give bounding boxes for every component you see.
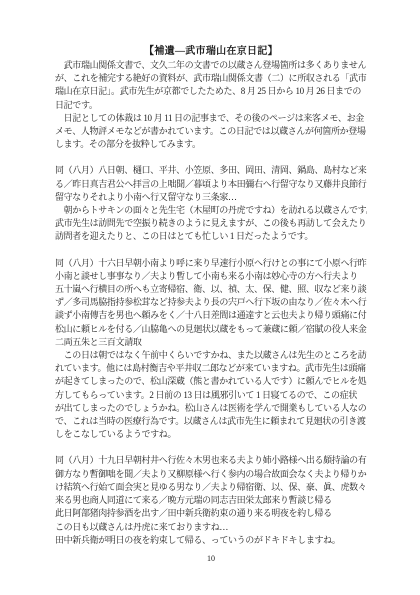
text-line: 日記としての体裁は 10 月 11 日の記事まで、その後のページは来客メモ、お金 [55,112,367,125]
text-line: 留守なりそれより小南へ行又留守なり三条家… [55,191,367,204]
page-title: 【補遺―武市瑞山在京日記】 [55,45,367,58]
text-line: 朝からトサキンの面々と先生宅（木屋町の丹虎ですね）を訪れる以蔵さんです。 [55,204,367,217]
text-line: 同（八月）十九日早朝村井へ行佐々木男也来る夫より姉小路様へ出る頗持論の有 [55,454,367,467]
text-line: ず／多司馬脇指持参松茸など持参夫より長の宍戸へ行下坂の由なり／佐々木へ行 [55,296,367,309]
text-line: しをこなしているようですね。 [55,428,367,441]
commentary-august-16: この日は朝ではなく午前中くらいですかね、また以蔵さんは先生のところを訪れています… [55,349,367,441]
text-line: 武市先生は訪問先で空振り続きのように見えますが、この後も再訪して会えたり [55,217,367,230]
text-line: 日記です。 [55,99,367,112]
text-line: れています。他には島村衡吉や平井収二郎などが来ていますね。武市先生は頭痛 [55,362,367,375]
text-line: 方してもらっています。2 日前の 13 日は風邪引いて 1 日寝てるので、この症… [55,389,367,402]
intro-paragraph-1: 武市瑞山関係文書で、文久二年の文書での以蔵さん登場箇所は多くありませんが、これを… [55,59,367,112]
commentary-august-8: 朝からトサキンの面々と先生宅（木屋町の丹虎ですね）を訪れる以蔵さんです。武市先生… [55,204,367,244]
text-line: メモ、人物評メモなどが書かれています。この日記では以蔵さんが何箇所か登場 [55,125,367,138]
text-line: します。その部分を抜粋してみます。 [55,138,367,151]
text-line: 松山に頼ヒルを付る／山脇亀への見廻状以蔵をもって兼蔵に頼／宿賦の役人来金 [55,323,367,336]
text-line: 武市瑞山関係文書で、文久二年の文書での以蔵さん登場箇所は多くありません [55,59,367,72]
diary-quote-august-19: 同（八月）十九日早朝村井へ行佐々木男也来る夫より姉小路様へ出る頗持論の有御方なり… [55,454,367,546]
text-line: 二両五朱と三百文請取 [55,336,367,349]
text-line: 訪問者を迎えたりと、この日はとても忙しい 1 日だったようです。 [55,230,367,243]
text-line: け結筑へ行始て面会実と見ゆる男なり／夫より帰宿衛、以、保、豪、眞、虎数々 [55,481,367,494]
text-line: この日は朝ではなく午前中くらいですかね、また以蔵さんは先生のところを訪 [55,349,367,362]
text-line: 田中新兵衛が明日の夜を約束して帰る、っていうのがドキドキしますね。 [55,534,367,547]
page-number: 10 [55,554,367,564]
text-line: が、これを補完する絶好の資料が、武市瑞山関係文書（二）に所収される「武市 [55,72,367,85]
text-line: 談ず小南傳吉を男也へ頼みをく／十八日差間は通達すと云也夫より帰り頭痛に付 [55,309,367,322]
text-line: 御方なり暫御咄を聞／夫より又柳原様へ行く参内の場合故面会なく夫より帰りか [55,468,367,481]
text-line: が出てしまったのでしょうかね。松山さんは医術を学んで開業もしている人なの [55,402,367,415]
text-line: 五十嵐へ行横目の所へも立寄帰宿、衛、以、禎、太、保、健、照、収など来り談 [55,283,367,296]
text-line: 同（八月）十六日早朝小南より呼に来り早速行小原へ行けとの事にて小原へ行昨 [55,257,367,270]
diary-quote-august-16: 同（八月）十六日早朝小南より呼に来り早速行小原へ行けとの事にて小原へ行昨小南と談… [55,257,367,349]
intro-paragraph-2: 日記としての体裁は 10 月 11 日の記事まで、その後のページは来客メモ、お金… [55,112,367,152]
document-page: 【補遺―武市瑞山在京日記】 武市瑞山関係文書で、文久二年の文書での以蔵さん登場箇… [0,0,420,595]
text-line: が起きてしまったので、松山深蔵（熊と書かれている人です）に頼んでヒルを処 [55,375,367,388]
text-line: 同（八月）八日朝、樋口、平井、小笠原、多田、岡田、清岡、鍋島、島村など来 [55,164,367,177]
text-line: 此日阿部猪肉持参酒を出す／田中新兵衛約束の通り来る明夜を約し帰る [55,507,367,520]
text-line: 小南と談せし事事なり／夫より暫して小南も来る小南は妙心寺の方へ行夫より [55,270,367,283]
document-body: 武市瑞山関係文書で、文久二年の文書での以蔵さん登場箇所は多くありませんが、これを… [55,59,367,547]
text-line: る／昨日真吉君公へ拝言の上咄聞／暮頃より本田彌右へ行留守なり又藤井良節行 [55,178,367,191]
text-line: 来る男也商人同道にて来る／晩方元瑞の同志吉田栄太郎来り暫談じ帰る [55,494,367,507]
text-line: 瑞山在京日記」。武市先生が京都でしたためた、8 月 25 日から 10 月 26… [55,85,367,98]
text-line: この日も以蔵さんは丹虎に来ておりますね… [55,521,367,534]
text-line: で、これは当時の医療行為です。以蔵さんは武市先生に頼まれて見廻状の引き渡 [55,415,367,428]
diary-quote-august-8: 同（八月）八日朝、樋口、平井、小笠原、多田、岡田、清岡、鍋島、島村など来る／昨日… [55,164,367,204]
